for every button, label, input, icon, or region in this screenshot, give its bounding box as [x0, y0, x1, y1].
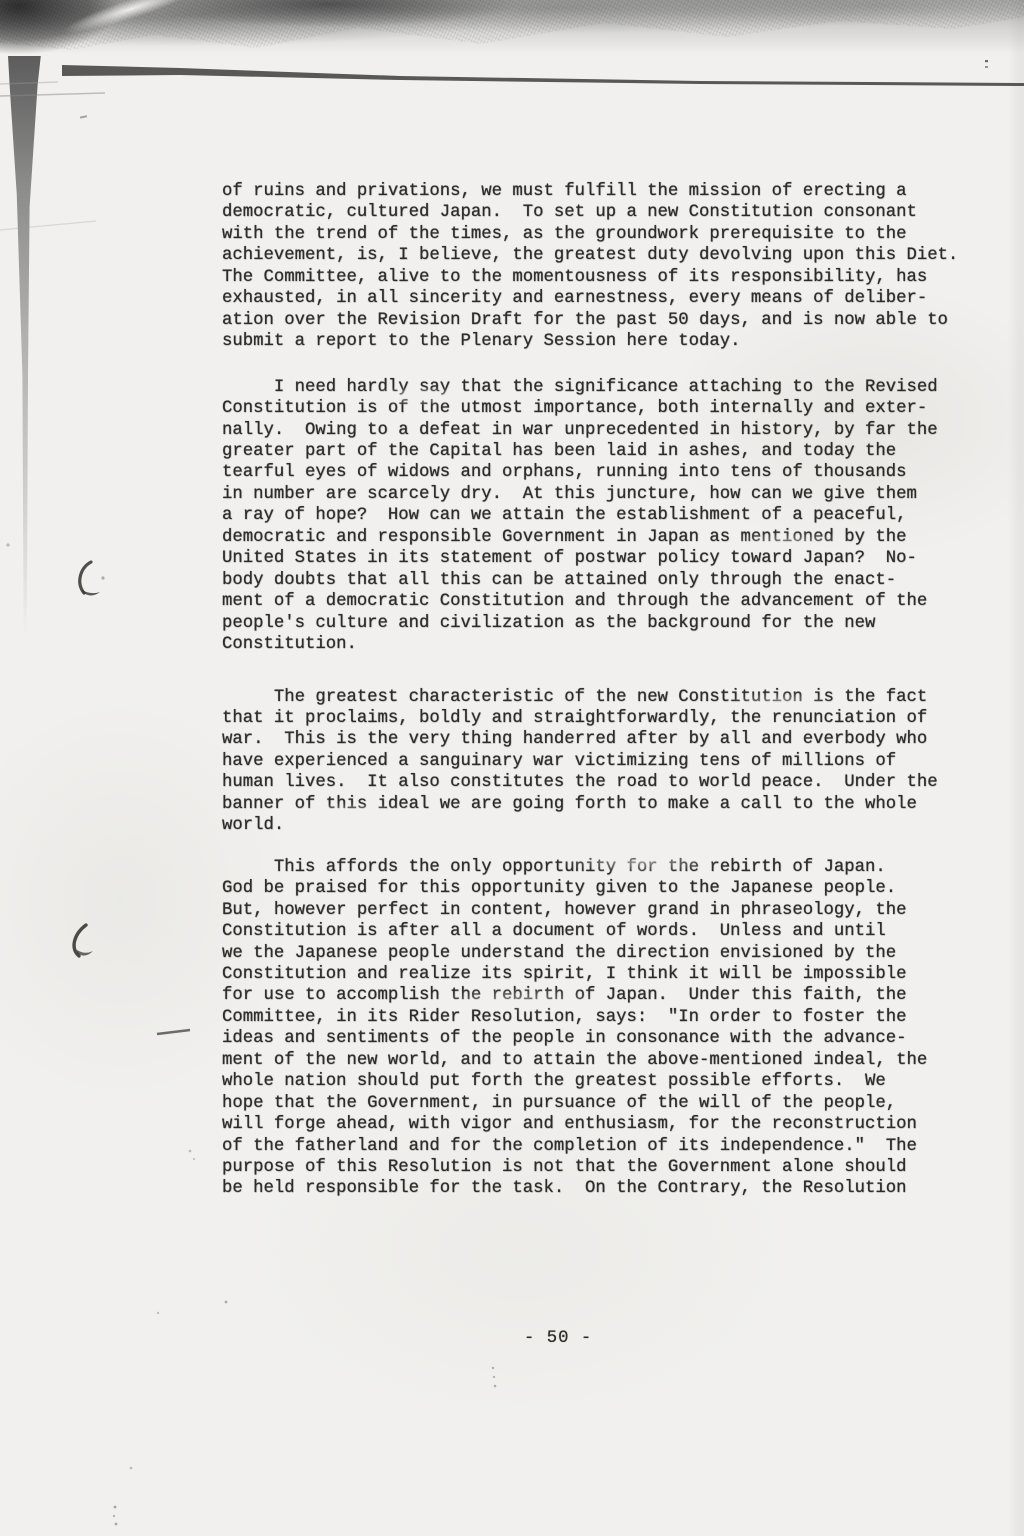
text-line: tearful eyes of widows and orphans, runn… — [222, 462, 992, 483]
paragraph: I need hardly say that the significance … — [222, 377, 992, 656]
text-line: purpose of this Resolution is not that t… — [222, 1157, 992, 1178]
text-line: The greatest characteristic of the new C… — [222, 687, 992, 708]
page-number: - 50 - — [524, 1329, 592, 1348]
text-line: The Committee, alive to the momentousnes… — [222, 267, 992, 288]
text-line: of the fatherland and for the completion… — [222, 1136, 992, 1157]
text-line: banner of this ideal we are going forth … — [222, 794, 992, 815]
text-line: whole nation should put forth the greate… — [222, 1071, 992, 1092]
text-line: ment of the new world, and to attain the… — [222, 1050, 992, 1071]
text-line: God be praised for this opportunity give… — [222, 878, 992, 899]
text-line: hope that the Government, in pursuance o… — [222, 1093, 992, 1114]
text-line: This affords the only opportunity for th… — [222, 857, 992, 878]
paragraph: This affords the only opportunity for th… — [222, 857, 992, 1200]
text-line: exhausted, in all sincerity and earnestn… — [222, 288, 992, 309]
text-line: we the Japanese people understand the di… — [222, 943, 992, 964]
text-line: submit a report to the Plenary Session h… — [222, 331, 992, 352]
text-line: human lives. It also constitutes the roa… — [222, 772, 992, 793]
document-text: of ruins and privations, we must fulfill… — [222, 181, 992, 1200]
text-line: Constitution and realize its spirit, I t… — [222, 964, 992, 985]
paragraph: of ruins and privations, we must fulfill… — [222, 181, 992, 353]
text-line: ideas and sentiments of the people in co… — [222, 1028, 992, 1049]
text-line: have experienced a sanguinary war victim… — [222, 751, 992, 772]
text-line: ation over the Revision Draft for the pa… — [222, 310, 992, 331]
text-line: that it proclaims, boldly and straightfo… — [222, 708, 992, 729]
text-line: ment of a democratic Constitution and th… — [222, 591, 992, 612]
text-line: Constitution is after all a document of … — [222, 921, 992, 942]
text-line: will forge ahead, with vigor and enthusi… — [222, 1114, 992, 1135]
text-line: a ray of hope? How can we attain the est… — [222, 505, 992, 526]
text-line: United States in its statement of postwa… — [222, 548, 992, 569]
text-line: But, however perfect in content, however… — [222, 900, 992, 921]
text-line: war. This is the very thing handerred af… — [222, 729, 992, 750]
text-line: Constitution. — [222, 634, 992, 655]
text-line: I need hardly say that the significance … — [222, 377, 992, 398]
paragraph: The greatest characteristic of the new C… — [222, 687, 992, 837]
text-line: democratic and responsible Government in… — [222, 527, 992, 548]
text-line: nally. Owing to a defeat in war unpreced… — [222, 420, 992, 441]
text-line: with the trend of the times, as the grou… — [222, 224, 992, 245]
text-line: for use to accomplish the rebirth of Jap… — [222, 985, 992, 1006]
text-line: democratic, cultured Japan. To set up a … — [222, 202, 992, 223]
text-line: in number are scarcely dry. At this junc… — [222, 484, 992, 505]
text-line: people's culture and civilization as the… — [222, 613, 992, 634]
text-line: achievement, is, I believe, the greatest… — [222, 245, 992, 266]
margin-dash-mark — [157, 1030, 190, 1034]
margin-crescent-mark-1 — [80, 562, 105, 596]
text-line: world. — [222, 815, 992, 836]
scanned-document-page: of ruins and privations, we must fulfill… — [0, 0, 1024, 1536]
text-line: body doubts that all this can be attaine… — [222, 570, 992, 591]
margin-crescent-mark-2 — [74, 925, 93, 956]
text-line: of ruins and privations, we must fulfill… — [222, 181, 992, 202]
text-line: be held responsible for the task. On the… — [222, 1178, 992, 1199]
text-line: Committee, in its Rider Resolution, says… — [222, 1007, 992, 1028]
horizontal-scan-line — [62, 65, 1024, 86]
text-line: greater part of the Capital has been lai… — [222, 441, 992, 462]
text-line: Constitution is of the utmost importance… — [222, 398, 992, 419]
